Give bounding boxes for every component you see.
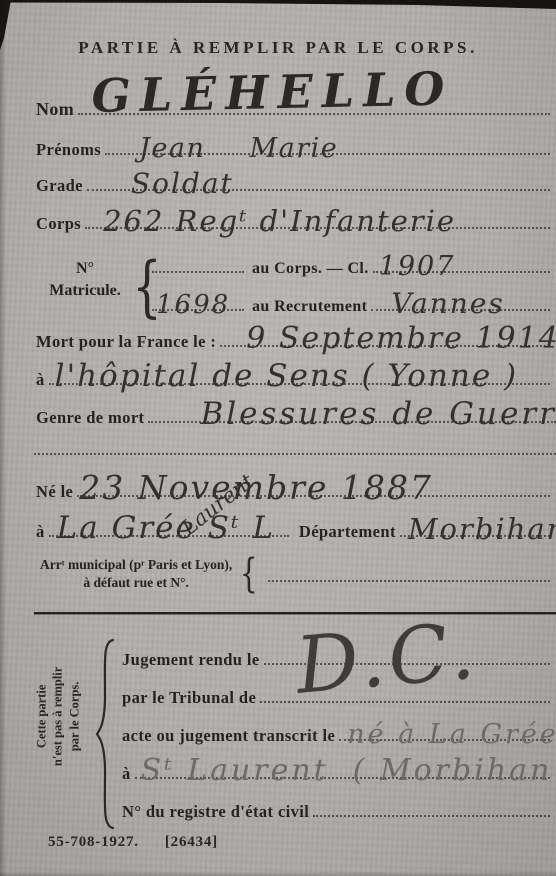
transcrit-a-line: Sᵗ Laurent ( Morbihan ): [135, 777, 550, 779]
mort-le-line: 9 Septembre 1914: [220, 345, 550, 347]
transcrit-line: né à La Grée: [339, 739, 550, 741]
corps-label: Corps: [36, 214, 81, 234]
arr-brace: {: [240, 551, 258, 597]
field-prenoms: Prénoms Jean Marie: [36, 126, 550, 160]
field-genre: Genre de mort Blessures de Guerre: [36, 390, 556, 428]
corps-value: 262 Regᵗ d'Infanterie: [103, 207, 456, 236]
recrutement-place-line: Vannes: [371, 309, 550, 311]
matricule-recrutement-row: 1698 au Recrutement Vannes: [152, 282, 550, 316]
transcrit-a-value: Sᵗ Laurent: [141, 756, 329, 786]
nom-label: Nom: [36, 99, 74, 120]
transcrit-a-value2: ( Morbihan ): [353, 756, 556, 786]
transcrit-label: acte ou jugement transcrit le: [122, 726, 335, 746]
departement-label: Département: [299, 522, 396, 542]
field-mort-a: à l'hôpital de Sens ( Yonne ): [36, 352, 550, 390]
side-note: Cette partie n'est pas à remplir par le …: [34, 596, 83, 836]
mort-a-line: l'hôpital de Sens ( Yonne ): [49, 383, 550, 385]
tribunal-label: par le Tribunal de: [122, 688, 256, 708]
mort-a-label: à: [36, 370, 45, 390]
genre-label: Genre de mort: [36, 408, 144, 428]
imprint-number: 55-708-1927.: [48, 834, 139, 850]
scan-edge-left: [0, 0, 6, 876]
classe-value: 1907: [379, 253, 456, 280]
nom-line: GLÉHELLO: [78, 113, 550, 115]
scan-edge-bottom: [0, 871, 556, 876]
side-note-line1: Cette partie: [34, 596, 50, 836]
mort-a-value: l'hôpital de Sens ( Yonne ): [55, 361, 519, 392]
field-ne-a: à La Grée Sᵗ L Laurent Département Morbi…: [36, 502, 550, 542]
arr-municipal-label: Arrᵗ municipal (pʳ Paris et Lyon), à déf…: [40, 556, 232, 592]
transcrit-a-label: à: [122, 764, 131, 784]
corps-line: 262 Regᵗ d'Infanterie: [85, 227, 550, 229]
genre-line: Blessures de Guerre: [148, 421, 556, 423]
prenoms-value: Jean Marie: [139, 135, 338, 162]
registre-label: N° du registre d'état civil: [122, 802, 309, 822]
ne-a-label: à: [36, 522, 45, 542]
imprint-ref: [26434]: [165, 834, 218, 850]
grade-value: Soldat: [131, 170, 234, 198]
blank-line: [34, 448, 556, 460]
jugement-label: Jugement rendu le: [122, 650, 260, 670]
field-transcrit-a: à Sᵗ Laurent ( Morbihan ): [122, 748, 550, 784]
scanned-military-death-record: PARTIE À REMPLIR PAR LE CORPS. Nom GLÉHE…: [0, 0, 556, 876]
field-arr-municipal: Arrᵗ municipal (pʳ Paris et Lyon), à déf…: [40, 552, 550, 596]
matricule-corps-blank-line: [152, 271, 244, 273]
matricule-label-line2: Matricule.: [42, 280, 128, 302]
field-registre: N° du registre d'état civil: [122, 786, 550, 822]
form-title: PARTIE À REMPLIR PAR LE CORPS.: [0, 38, 556, 58]
matricule-corps-row: au Corps. — Cl. 1907: [152, 246, 550, 278]
transcrit-value: né à La Grée: [347, 721, 556, 748]
ne-a-line: La Grée Sᵗ L Laurent: [49, 535, 289, 537]
field-corps: Corps 262 Regᵗ d'Infanterie: [36, 198, 550, 234]
prenoms-line: Jean Marie: [105, 153, 550, 155]
field-grade: Grade Soldat: [36, 162, 550, 196]
field-transcrit: acte ou jugement transcrit le né à La Gr…: [122, 710, 550, 746]
civil-section-brace: [94, 638, 116, 830]
mort-le-label: Mort pour la France le :: [36, 332, 216, 352]
side-note-line2: n'est pas à remplir: [50, 596, 66, 836]
printer-imprint: 55-708-1927.[26434]: [48, 834, 244, 851]
matricule-label: N° Matricule.: [42, 258, 128, 301]
ne-le-line: 23 Novembre 1887: [77, 495, 550, 497]
mort-le-value: 9 Septembre 1914: [246, 324, 556, 354]
scan-edge-top: [0, 0, 556, 10]
nom-value: GLÉHELLO: [91, 65, 454, 119]
section-divider: [34, 612, 556, 615]
side-note-line3: par le Corps.: [66, 596, 82, 836]
departement-value: Morbihan: [408, 515, 556, 544]
ne-a-value: La Grée Sᵗ L: [57, 513, 275, 544]
grade-line: Soldat: [87, 189, 550, 191]
prenoms-label: Prénoms: [36, 140, 101, 160]
field-nom: Nom GLÉHELLO: [36, 64, 550, 120]
genre-value: Blessures de Guerre: [200, 399, 556, 430]
field-mort-le: Mort pour la France le : 9 Septembre 191…: [36, 314, 550, 352]
arr-label-line2: à défaut rue et N°.: [40, 574, 232, 592]
field-ne-le: Né le 23 Novembre 1887: [36, 462, 550, 502]
au-corps-label: au Corps. — Cl.: [252, 260, 369, 278]
dc-overlay-value: D.C.: [293, 612, 481, 706]
matricule-label-line1: N°: [42, 258, 128, 280]
grade-label: Grade: [36, 176, 83, 196]
ne-le-label: Né le: [36, 482, 73, 502]
departement-line: Morbihan: [400, 535, 550, 537]
classe-line: 1907: [373, 271, 550, 273]
registre-line: [313, 815, 550, 817]
arr-line: [268, 580, 550, 582]
arr-label-line1: Arrᵗ municipal (pʳ Paris et Lyon),: [40, 556, 232, 574]
recrutement-number-line: 1698: [152, 309, 244, 311]
